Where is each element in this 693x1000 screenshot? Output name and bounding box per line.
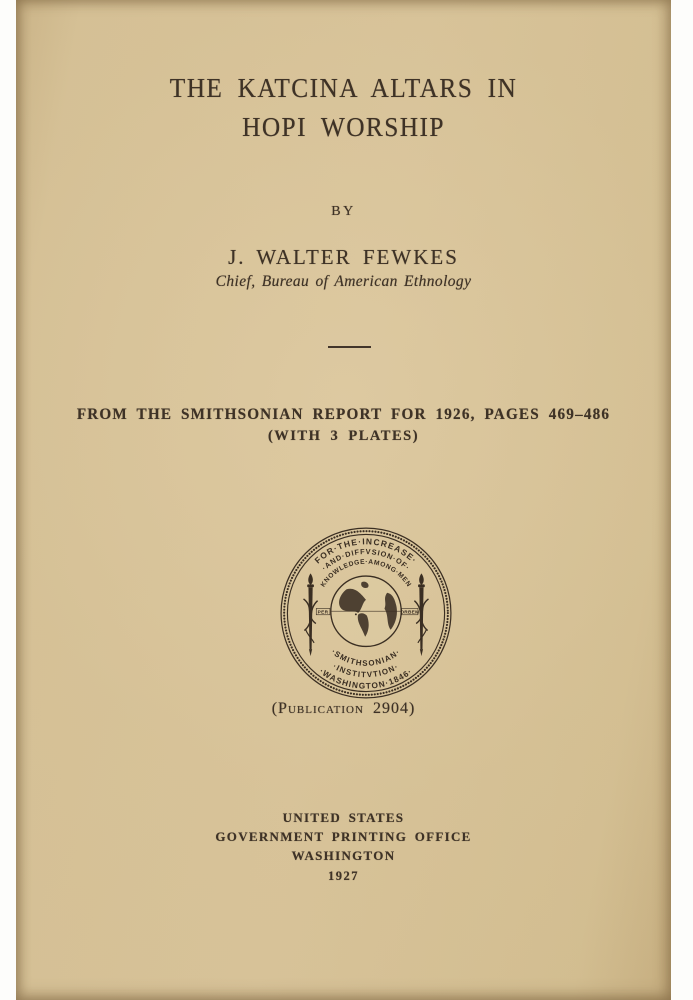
imprint-gpo: GOVERNMENT PRINTING OFFICE (16, 829, 671, 845)
paper-sheet: THE KATCINA ALTARS IN HOPI WORSHIP BY J.… (16, 0, 671, 1000)
publication-number: (Publication 2904) (16, 700, 671, 718)
seal-label-per: PER (318, 609, 329, 615)
scanned-page: THE KATCINA ALTARS IN HOPI WORSHIP BY J.… (0, 0, 693, 1000)
seal-globe: PER ORBEM (316, 576, 419, 646)
imprint-year: 1927 (16, 869, 671, 884)
imprint-washington: WASHINGTON (16, 848, 671, 864)
page-title-line1: THE KATCINA ALTARS IN (36, 73, 652, 104)
seal-label-orbem: ORBEM (400, 609, 419, 615)
torch-left (304, 573, 318, 656)
plates-line: (WITH 3 PLATES) (16, 428, 671, 445)
author-role: Chief, Bureau of American Ethnology (16, 273, 671, 291)
page-title-line2: HOPI WORSHIP (36, 112, 652, 143)
byline-label: BY (16, 204, 671, 220)
imprint-united-states: UNITED STATES (16, 810, 671, 826)
author-name: J. WALTER FEWKES (16, 245, 671, 270)
smithsonian-seal: PER ORBEM FOR·THE·INCREASE· ·AND·DIFFVSI… (278, 525, 454, 701)
smithsonian-seal-graphic: PER ORBEM FOR·THE·INCREASE· ·AND·DIFFVSI… (278, 525, 454, 701)
divider-rule (328, 346, 371, 348)
source-line: FROM THE SMITHSONIAN REPORT FOR 1926, PA… (23, 406, 665, 424)
